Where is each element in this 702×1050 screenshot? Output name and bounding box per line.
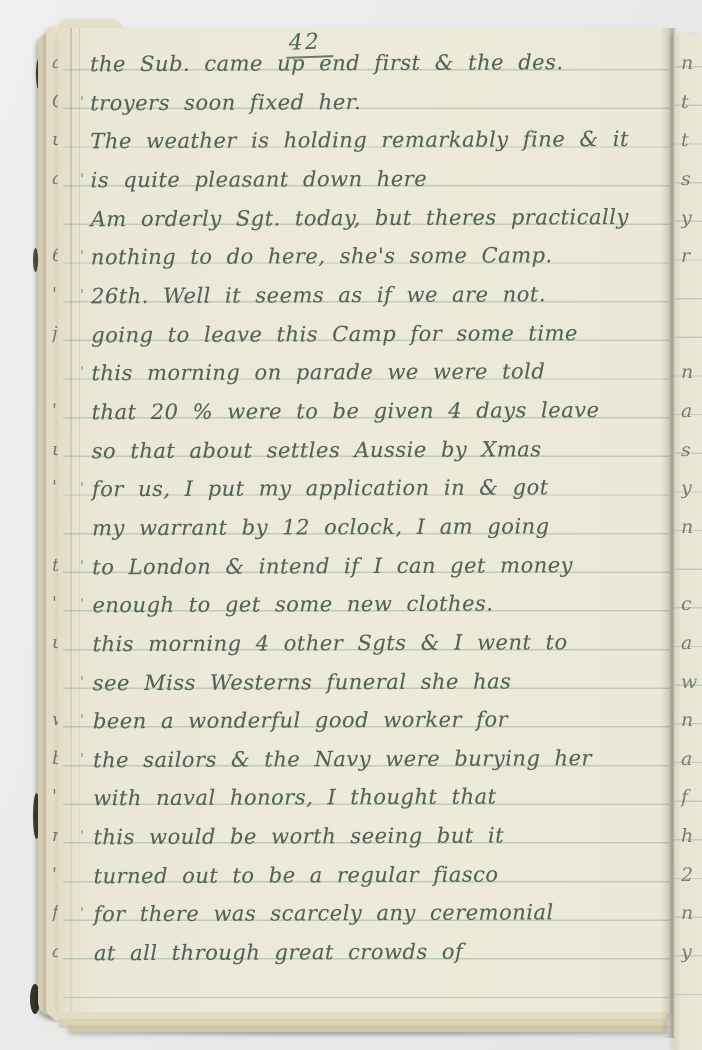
diary-entry-text: the Sub. came up end first & the des. tr… xyxy=(90,43,672,973)
margin-pen-ticks: ' ' ' ' ' ' ' ' ' ' ' ' ' xyxy=(80,44,84,933)
facing-page-text-fragments: n t t s y r n a s y n c a w n a f h 2 n … xyxy=(681,44,702,972)
bottom-page-edge xyxy=(68,1025,668,1032)
photo-backdrop: a C u a 6 ' j ' u ' t ' u w b ' m ' f a … xyxy=(0,0,702,1050)
facing-page-edge: n t t s y r n a s y n c a w n a f h 2 n … xyxy=(674,34,702,1050)
